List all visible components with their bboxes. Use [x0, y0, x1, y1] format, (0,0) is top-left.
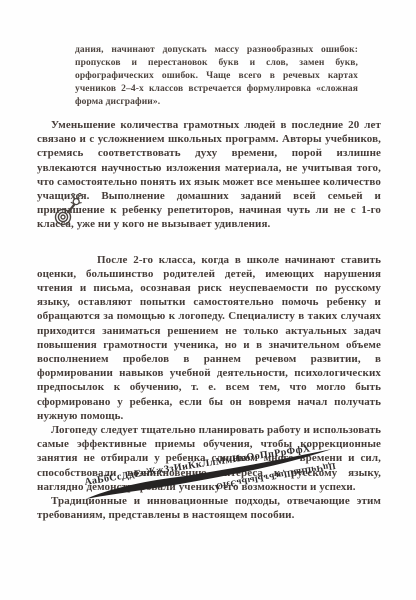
book-page: дания, начинают допускать массу разнообр… — [0, 0, 416, 600]
snail-icon — [51, 193, 93, 227]
paragraph-2: После 2-го класса, когда в школе начинаю… — [37, 253, 381, 423]
excerpt-text: дания, начинают допускать массу разнообр… — [75, 45, 358, 107]
snail-head — [73, 199, 79, 205]
excerpt-block: дания, начинают допускать массу разнообр… — [75, 44, 358, 109]
snail-body — [68, 204, 75, 213]
alphabet-bottom-letters: ЦцЧчШшЩщЪъЫыЬьЭэЮюЯя — [215, 461, 340, 502]
alphabet-swoosh-decoration: АаБбСсДдЕеЖжЗзИиКкЛлМмНнОоПпРрФфХ ЦцЧчШш… — [78, 438, 340, 502]
alphabet-top-letters: АаБбСсДдЕеЖжЗзИиКкЛлМмНнОоПпРрФфХ — [84, 443, 312, 488]
